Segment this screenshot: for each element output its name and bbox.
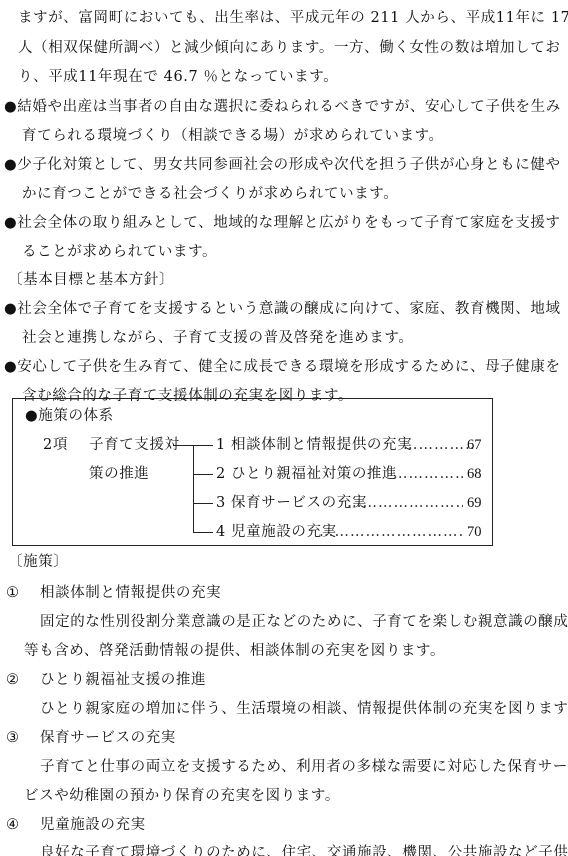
toc-page-number: 68 bbox=[467, 464, 482, 484]
tree-connector-vertical bbox=[193, 445, 194, 533]
policy-system-box: ●施策の体系 2項 子育て支援対 策の推進 1 相談体制と情報提供の充実 ………… bbox=[12, 398, 493, 546]
issue-1-line-1: 結婚や出産は当事者の自由な選択に委ねられるべきですが、安心して子供を生み bbox=[4, 97, 561, 117]
goal-2-line-1: 安心して子供を生み育て、健全に成長できる環境を形成するために、母子健康を bbox=[4, 357, 561, 377]
section-title-line-1: 子育て支援対 bbox=[89, 435, 180, 455]
measure-text-line-2: ビスや幼稚園の預かり保育の充実を図ります。 bbox=[24, 786, 340, 806]
measure-number: ④ bbox=[6, 815, 20, 835]
measure-text-line-1: 子育てと仕事の両立を支援するため、利用者の多様な需要に対応した保育サー bbox=[40, 757, 568, 777]
toc-page-number: 69 bbox=[467, 493, 482, 513]
measure-title: ひとり親福祉支援の推進 bbox=[40, 670, 206, 690]
toc-leader-dots: ………………………………………… bbox=[403, 435, 475, 455]
intro-line-3: り、平成11年現在で 46.7 ％となっています。 bbox=[18, 67, 338, 87]
issue-2-line-2: かに育つことができる社会づくりが求められています。 bbox=[22, 184, 398, 204]
measure-number: ② bbox=[6, 670, 20, 690]
tree-connector-2 bbox=[193, 474, 213, 475]
toc-item-label: 3 保育サービスの充実 bbox=[216, 493, 367, 513]
section-title-line-2: 策の推進 bbox=[89, 464, 149, 484]
toc-leader-dots: ………………………………………… bbox=[319, 522, 463, 542]
goal-1-line-2: 社会と連携しながら、子育て支援の普及啓発を進めます。 bbox=[22, 328, 413, 348]
toc-page-number: 67 bbox=[467, 435, 482, 455]
measure-text-line-1: 良好な子育て環境づくりのために、住宅、交通施設、機関、公共施設など子供 bbox=[40, 843, 568, 856]
measures-heading: 〔施策〕 bbox=[8, 552, 68, 572]
measure-title: 保育サービスの充実 bbox=[40, 728, 176, 748]
toc-item-label: 2 ひとり親福祉対策の推進 bbox=[216, 464, 397, 484]
issue-3-line-2: ることが求められています。 bbox=[22, 242, 217, 262]
section-number: 2項 bbox=[43, 435, 68, 455]
intro-line-2: 人（相双保健所調べ）と減少傾向にあります。一方、働く女性の数は増加してお bbox=[18, 38, 560, 58]
toc-item-label: 1 相談体制と情報提供の充実 bbox=[216, 435, 412, 455]
intro-line-1: ますが、富岡町においても、出生率は、平成元年の 211 人から、平成11年に 1… bbox=[18, 8, 568, 28]
policy-system-title: ●施策の体系 bbox=[25, 406, 114, 426]
goal-1-line-1: 社会全体で子育てを支援するという意識の醸成に向けて、家庭、教育機関、地域 bbox=[4, 299, 561, 319]
tree-connector-3 bbox=[193, 503, 213, 504]
measure-title: 児童施設の充実 bbox=[40, 815, 146, 835]
issue-2-line-1: 少子化対策として、男女共同参画社会の形成や次代を担う子供が心身ともに健や bbox=[4, 155, 561, 175]
toc-page-number: 70 bbox=[467, 522, 482, 542]
issue-3-line-1: 社会全体の取り組みとして、地域的な理解と広がりをもって子育て家庭を支援す bbox=[4, 213, 561, 233]
measure-text-line-2: 等も含め、啓発活動情報の提供、相談体制の充実を図ります。 bbox=[24, 641, 445, 661]
toc-leader-dots: ………………………………………… bbox=[393, 464, 463, 484]
measure-number: ① bbox=[6, 583, 20, 603]
toc-leader-dots: ………………………………………… bbox=[347, 493, 463, 513]
goals-heading: 〔基本目標と基本方針〕 bbox=[8, 270, 174, 290]
measure-title: 相談体制と情報提供の充実 bbox=[40, 583, 221, 603]
measure-text-line-1: 固定的な性別役割分業意識の是正などのために、子育てを楽しむ親意識の醸成 bbox=[40, 612, 568, 632]
issue-1-line-2: 育てられる環境づくり（相談できる場）が求められています。 bbox=[22, 126, 444, 146]
measure-number: ③ bbox=[6, 728, 20, 748]
tree-connector-4 bbox=[193, 532, 213, 533]
measure-text-line-1: ひとり親家庭の増加に伴う、生活環境の相談、情報提供体制の充実を図ります。 bbox=[40, 699, 568, 719]
